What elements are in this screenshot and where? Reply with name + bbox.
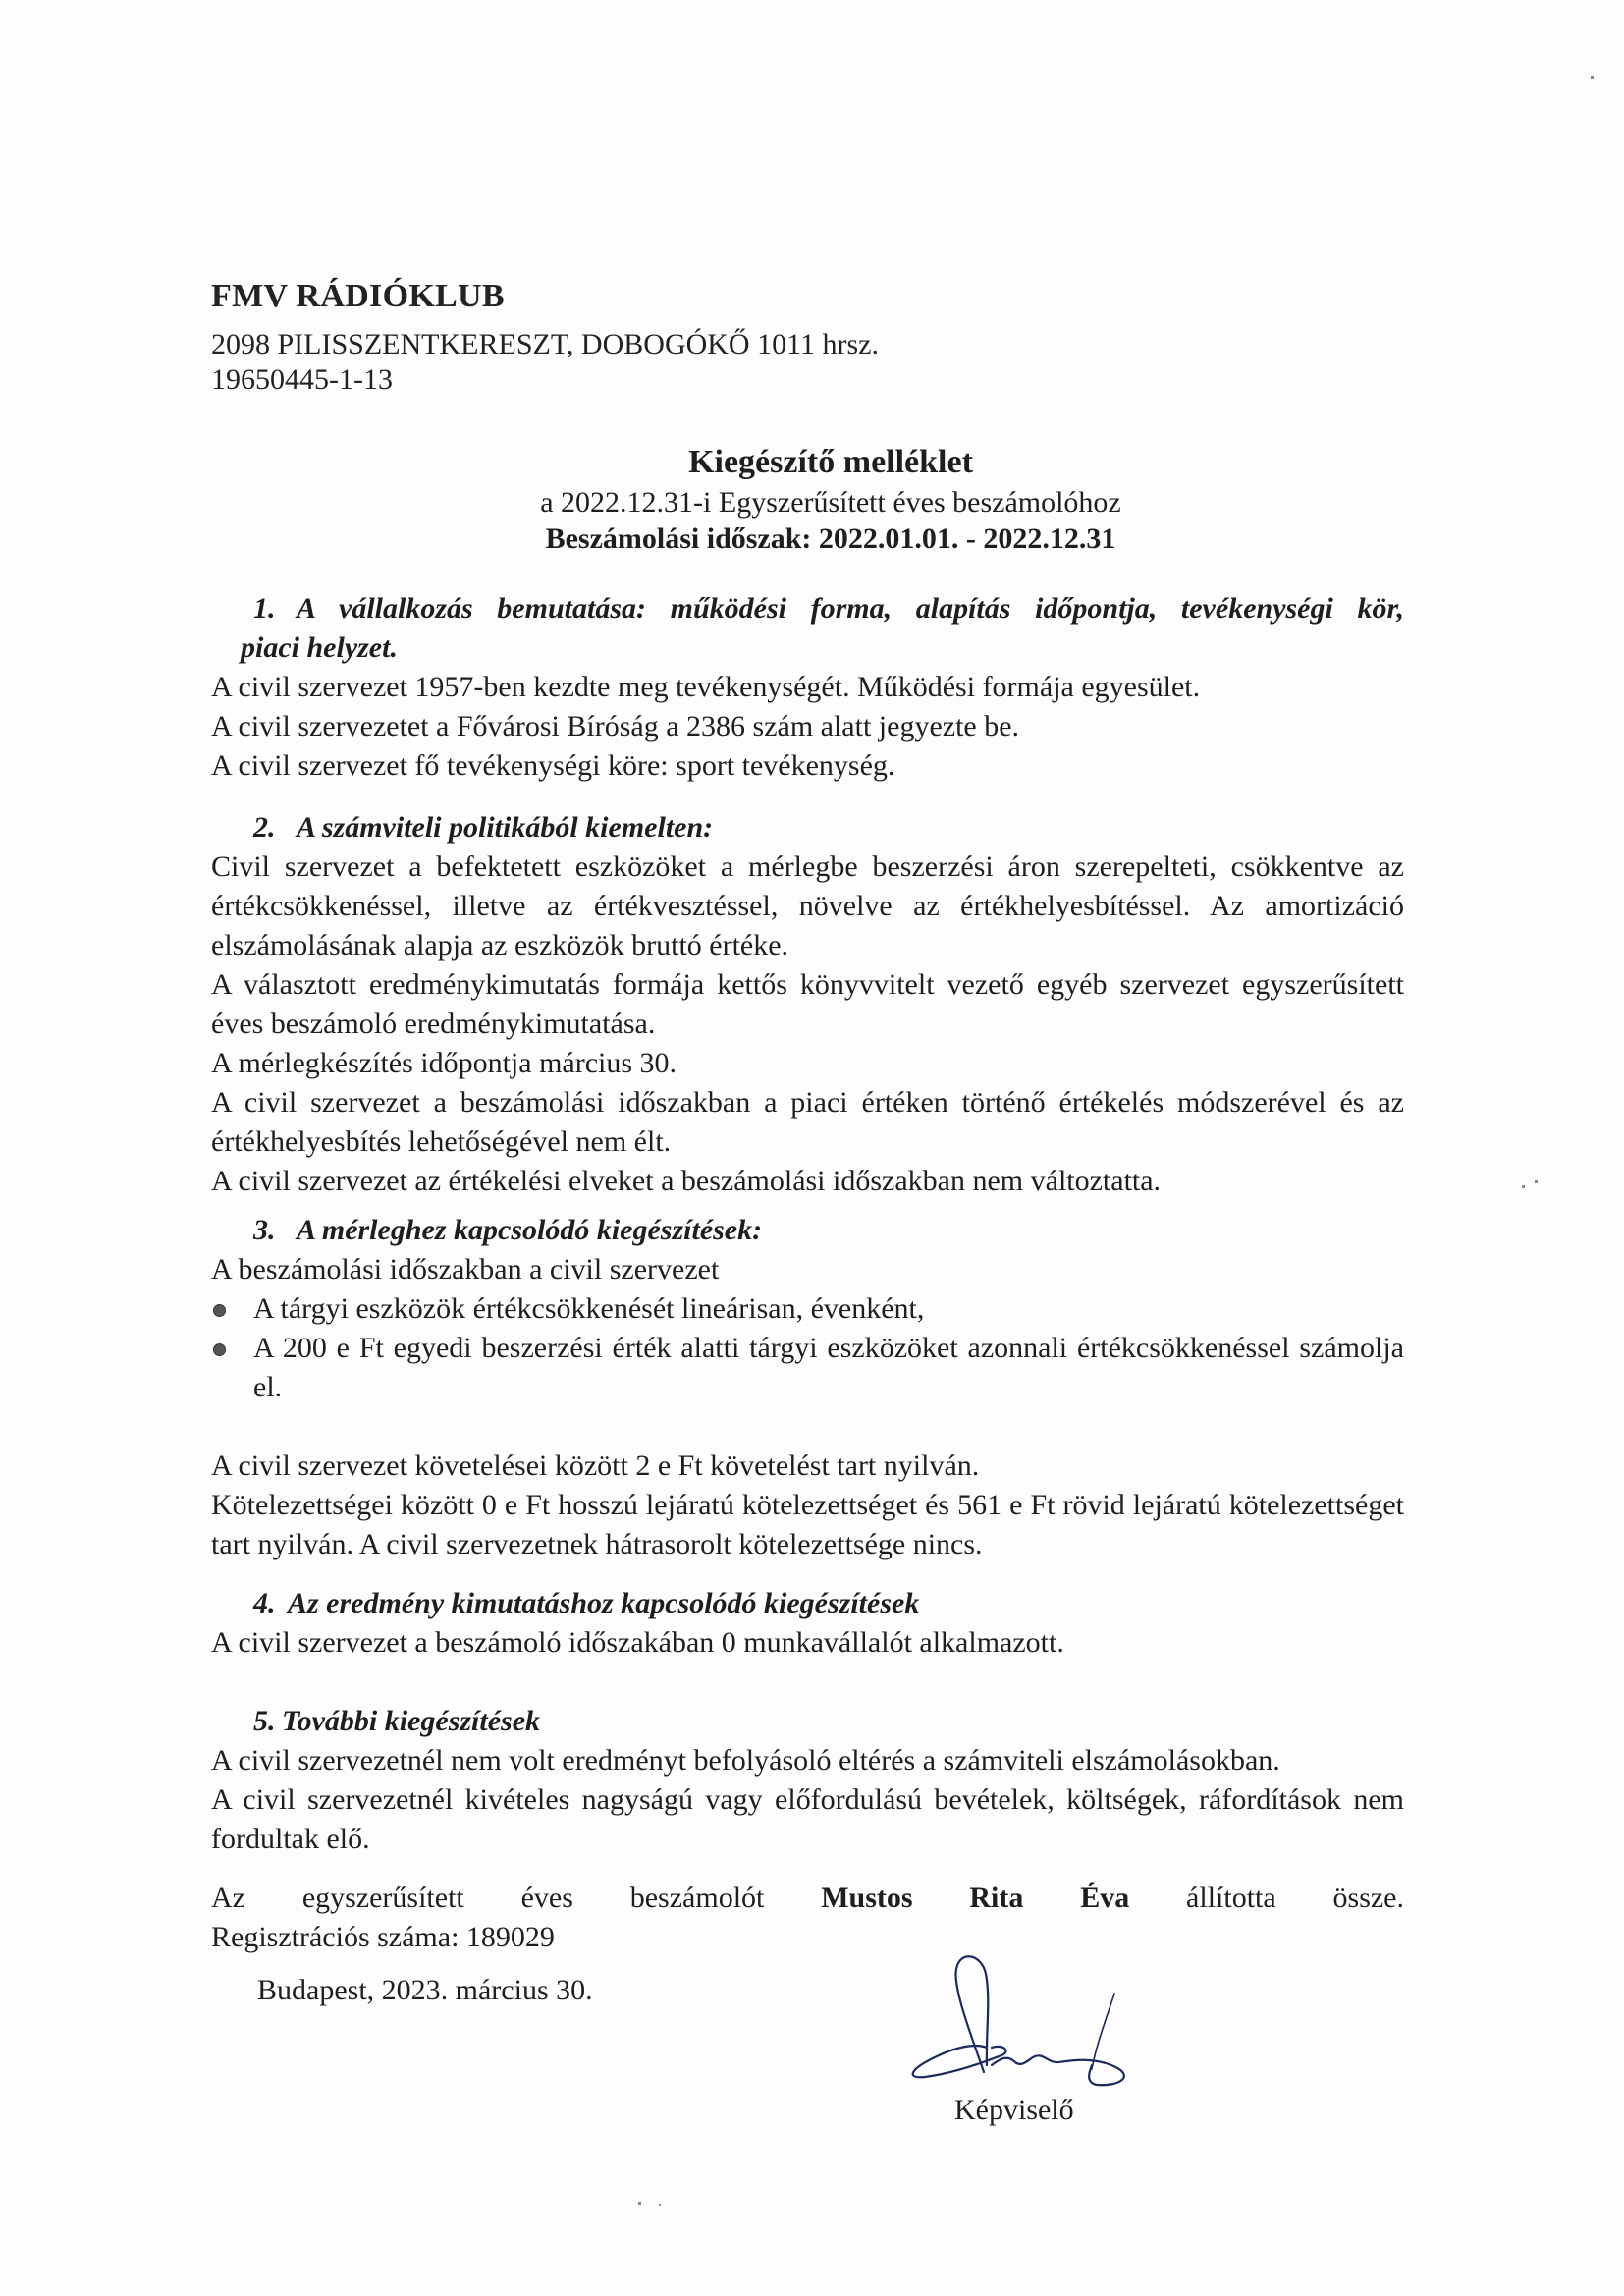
section-5: 5. További kiegészítések A civil szervez… <box>211 1702 1404 1859</box>
paragraph: A választott eredménykimutatás formája k… <box>211 965 1404 1044</box>
section-number: 1. <box>253 589 276 629</box>
section-3-heading: 3. A mérleghez kapcsolódó kiegészítések: <box>211 1211 1404 1250</box>
compiler-line: Az egyszerűsített éves beszámolót Mustos… <box>211 1879 1404 1918</box>
bullet-icon <box>213 1343 226 1356</box>
organization-tax-id: 19650445-1-13 <box>211 363 393 397</box>
scan-speck <box>1535 1180 1538 1183</box>
bullet-text: A tárgyi eszközök értékcsökkenését lineá… <box>253 1292 924 1325</box>
paragraph: A civil szervezet a beszámoló időszakába… <box>211 1623 1404 1663</box>
place-and-date: Budapest, 2023. március 30. <box>257 1974 593 2007</box>
reporting-period: Beszámolási időszak: 2022.01.01. - 2022.… <box>0 522 1624 556</box>
bullet-list: A tárgyi eszközök értékcsökkenését lineá… <box>211 1289 1404 1407</box>
section-2-heading: 2. A számviteli politikából kiemelten: <box>211 808 1404 847</box>
compiler-word: Az <box>211 1879 245 1918</box>
paragraph: Kötelezettségei között 0 e Ft hosszú lej… <box>211 1486 1404 1564</box>
compiler-statement: Az egyszerűsített éves beszámolót Mustos… <box>211 1879 1404 1957</box>
compiler-word: éves <box>521 1879 573 1918</box>
section-number: 2. <box>253 808 276 847</box>
compiler-name-first: Mustos <box>821 1879 912 1918</box>
bullet-text: A 200 e Ft egyedi beszerzési érték alatt… <box>253 1332 1404 1403</box>
bullet-item: A 200 e Ft egyedi beszerzési érték alatt… <box>211 1329 1404 1407</box>
compiler-word: egyszerűsített <box>302 1879 464 1918</box>
section-heading-line2: piaci helyzet. <box>211 629 1404 668</box>
compiler-registration: Regisztrációs száma: 189029 <box>211 1918 1404 1957</box>
document-subtitle: a 2022.12.31-i Egyszerűsített éves beszá… <box>0 486 1624 519</box>
section-2: 2. A számviteli politikából kiemelten: C… <box>211 808 1404 1201</box>
section-number: 5. <box>253 1702 276 1741</box>
paragraph: A civil szervezet követelései között 2 e… <box>211 1447 1404 1486</box>
section-1: 1. A vállalkozás bemutatása: működési fo… <box>211 589 1404 786</box>
scan-speck <box>1522 1185 1525 1188</box>
handwritten-signature-icon <box>895 1949 1190 2097</box>
section-heading: A mérleghez kapcsolódó kiegészítések: <box>211 1211 1404 1250</box>
paragraph: A civil szervezetnél kivételes nagyságú … <box>211 1780 1404 1859</box>
paragraph: Civil szervezet a befektetett eszközöket… <box>211 847 1404 965</box>
section-3: 3. A mérleghez kapcsolódó kiegészítések:… <box>211 1211 1404 1564</box>
scan-speck <box>638 2202 641 2205</box>
section-heading-line1: A vállalkozás bemutatása: működési forma… <box>211 589 1404 629</box>
section-number: 4. <box>253 1584 276 1623</box>
section-5-heading: 5. További kiegészítések <box>211 1702 1404 1741</box>
scan-speck <box>659 2204 661 2206</box>
document-page: FMV RÁDIÓKLUB 2098 PILISSZENTKERESZT, DO… <box>0 0 1624 2296</box>
section-1-heading: 1. A vállalkozás bemutatása: működési fo… <box>211 589 1404 668</box>
bullet-icon <box>213 1304 226 1317</box>
organization-name: FMV RÁDIÓKLUB <box>211 278 505 315</box>
paragraph: A civil szervezet 1957-ben kezdte meg te… <box>211 668 1404 707</box>
paragraph: A mérlegkészítés időpontja március 30. <box>211 1044 1404 1083</box>
section-4: 4. Az eredmény kimutatáshoz kapcsolódó k… <box>211 1584 1404 1663</box>
compiler-word: beszámolót <box>630 1879 765 1918</box>
bullet-item: A tárgyi eszközök értékcsökkenését lineá… <box>211 1289 1404 1329</box>
compiler-verb: állította <box>1186 1879 1276 1918</box>
compiler-end: össze. <box>1333 1879 1404 1918</box>
scan-speck <box>1591 76 1594 79</box>
section-heading: A számviteli politikából kiemelten: <box>211 808 1404 847</box>
compiler-name-middle: Rita <box>969 1879 1023 1918</box>
document-title: Kiegészítő melléklet <box>0 444 1624 481</box>
signatory-role: Képviselő <box>954 2094 1074 2127</box>
section-heading: További kiegészítések <box>211 1702 1404 1741</box>
paragraph: A civil szervezet a beszámolási időszakb… <box>211 1083 1404 1162</box>
organization-address: 2098 PILISSZENTKERESZT, DOBOGÓKŐ 1011 hr… <box>211 328 879 361</box>
section-number: 3. <box>253 1211 276 1250</box>
paragraph: A civil szervezetnél nem volt eredményt … <box>211 1741 1404 1780</box>
section-4-heading: 4. Az eredmény kimutatáshoz kapcsolódó k… <box>211 1584 1404 1623</box>
compiler-name-last: Éva <box>1080 1879 1129 1918</box>
paragraph: A civil szervezetet a Fővárosi Bíróság a… <box>211 707 1404 746</box>
paragraph: A civil szervezet fő tevékenységi köre: … <box>211 746 1404 786</box>
paragraph: A civil szervezet az értékelési elveket … <box>211 1162 1404 1201</box>
paragraph: A beszámolási időszakban a civil szervez… <box>211 1250 1404 1289</box>
section-heading: Az eredmény kimutatáshoz kapcsolódó kieg… <box>211 1584 1404 1623</box>
